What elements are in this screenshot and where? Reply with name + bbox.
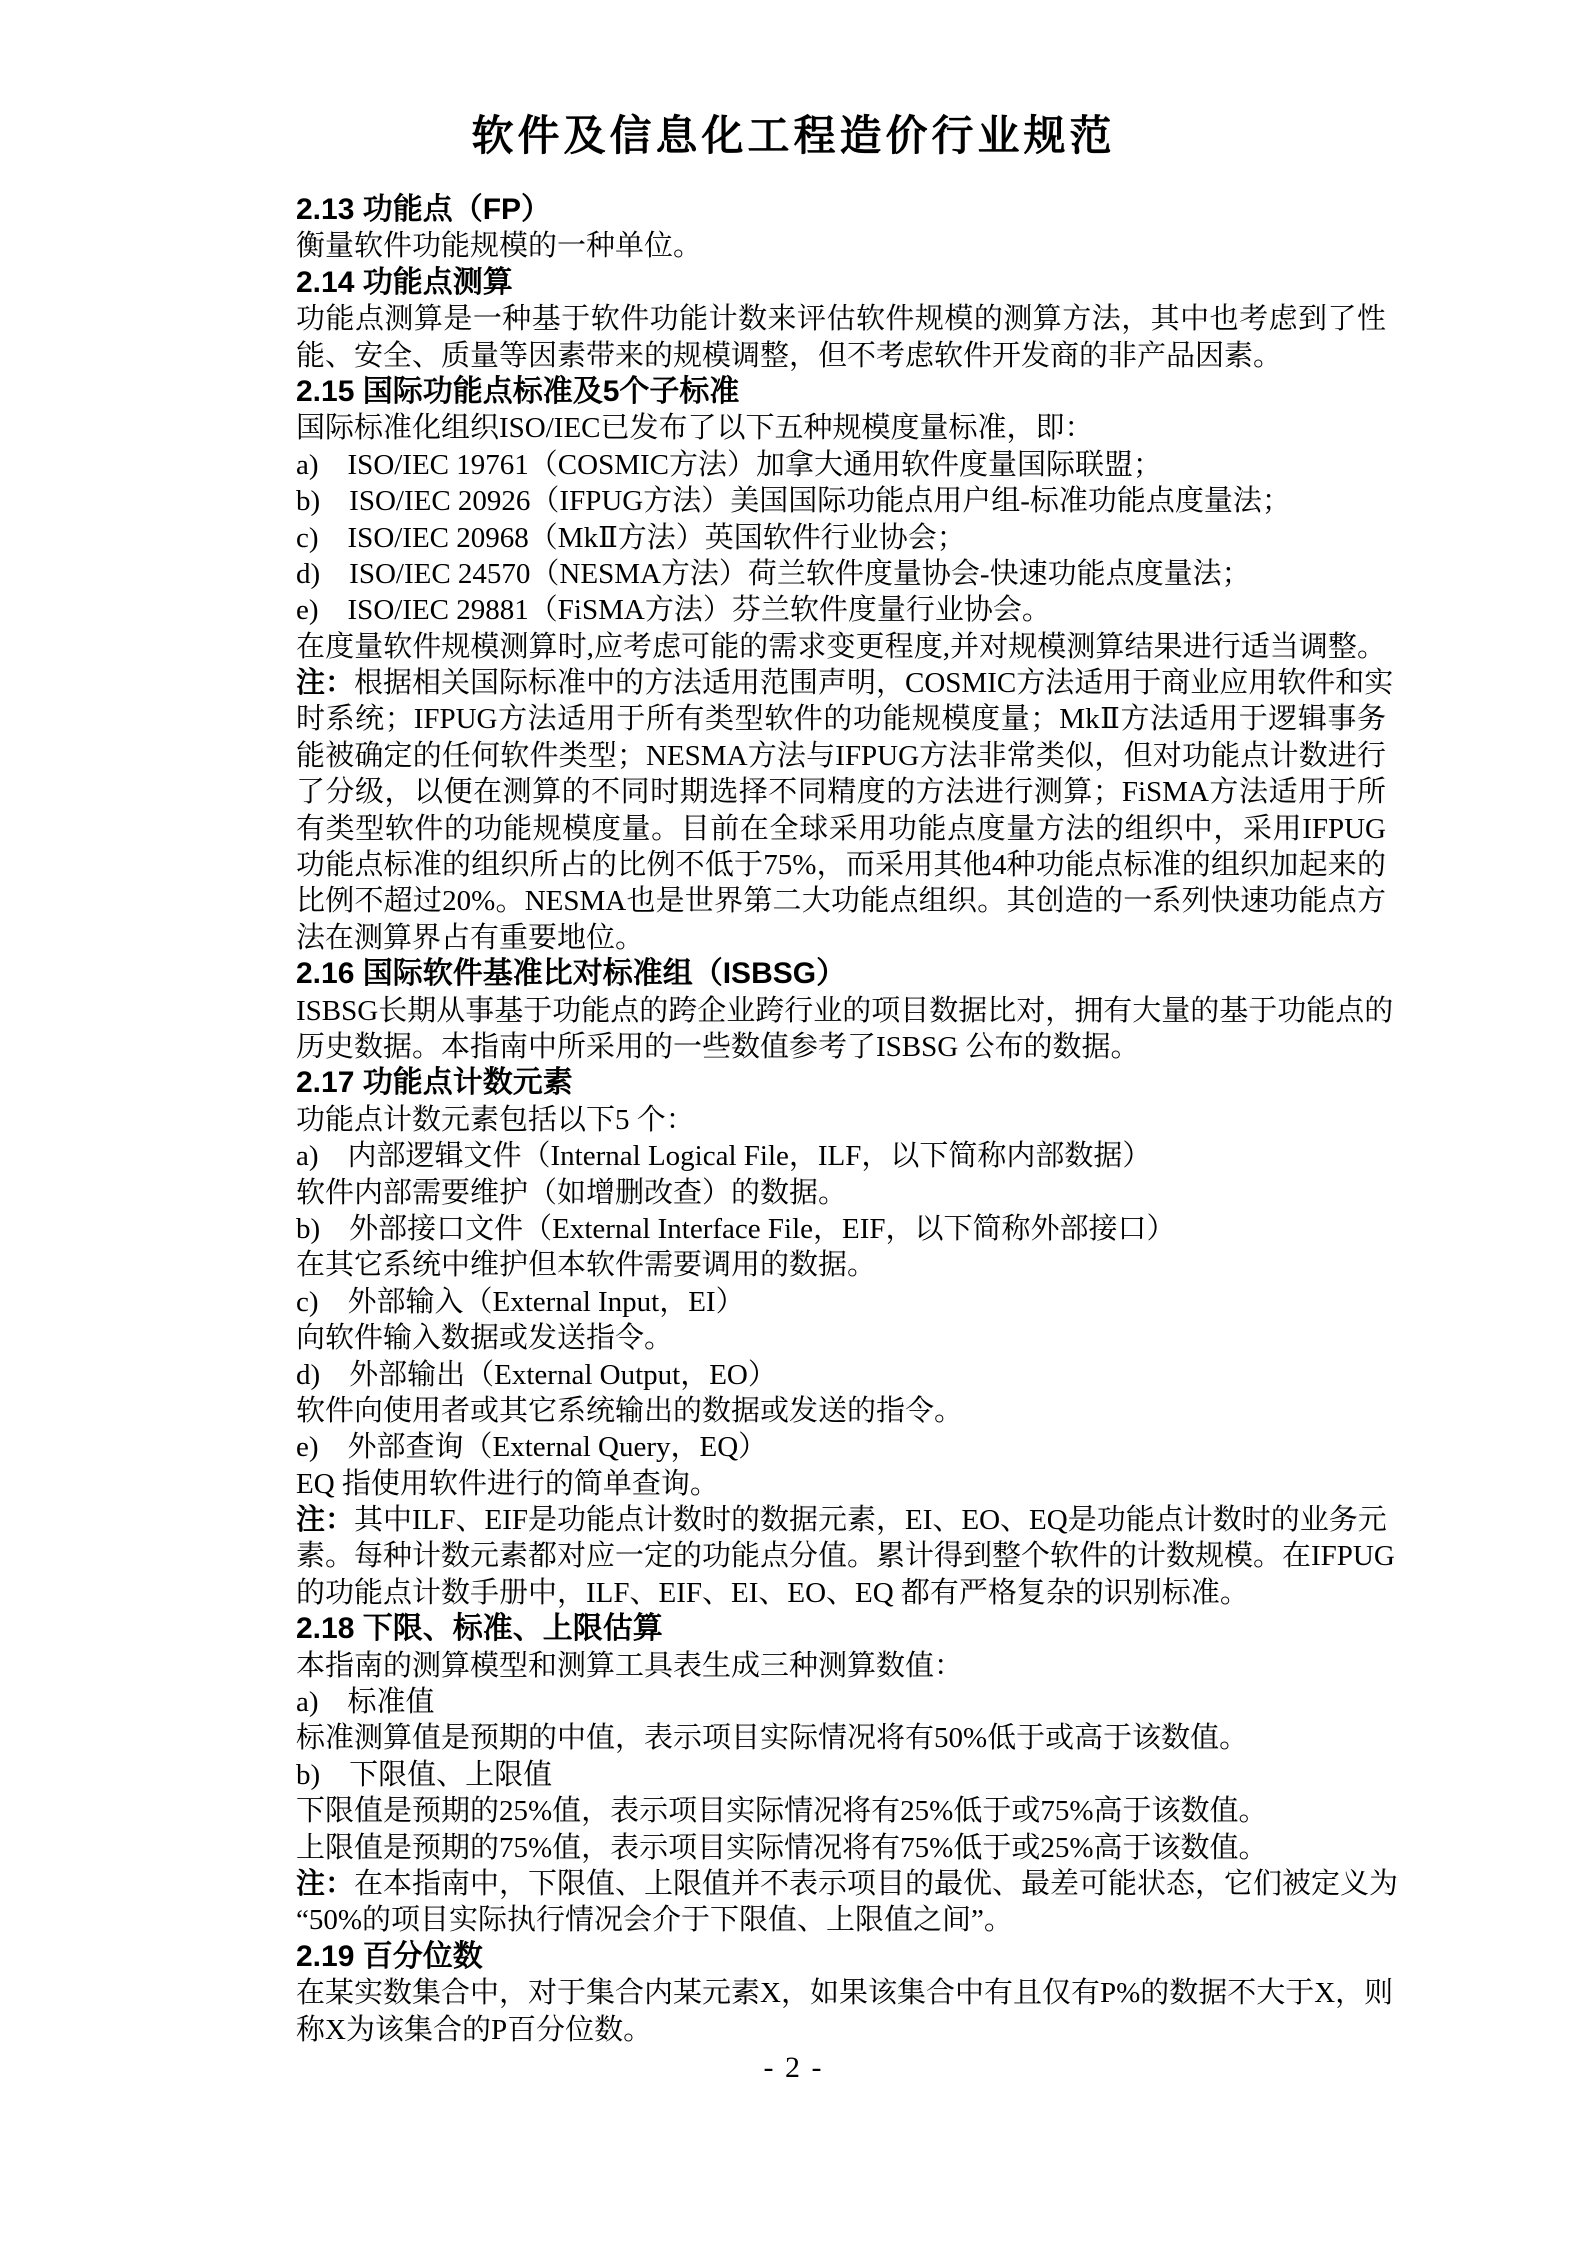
section-heading: 2.15 国际功能点标准及5个子标准: [296, 374, 1386, 410]
note-prefix: 注：: [296, 1504, 354, 1536]
section-heading: 2.18 下限、标准、上限估算: [296, 1611, 1386, 1647]
paragraph-line: 时系统；IFPUG方法适用于所有类型软件的功能规模度量；MkⅡ方法适用于逻辑事务: [296, 701, 1386, 737]
section-heading: 2.17 功能点计数元素: [296, 1065, 1386, 1101]
paragraph-line: d) ISO/IEC 24570（NESMA方法）荷兰软件度量协会-快速功能点度…: [296, 556, 1386, 592]
paragraph-line: e) 外部查询（External Query，EQ）: [296, 1429, 1386, 1465]
paragraph-line: 注：根据相关国际标准中的方法适用范围声明，COSMIC方法适用于商业应用软件和实: [296, 665, 1386, 701]
section-heading: 2.16 国际软件基准比对标准组（ISBSG）: [296, 956, 1386, 992]
paragraph-line: 法在测算界占有重要地位。: [296, 920, 1386, 956]
paragraph-line: a) ISO/IEC 19761（COSMIC方法）加拿大通用软件度量国际联盟；: [296, 447, 1386, 483]
paragraph-line: 注：在本指南中，下限值、上限值并不表示项目的最优、最差可能状态，它们被定义为: [296, 1866, 1386, 1902]
paragraph-line: 有类型软件的功能规模度量。目前在全球采用功能点度量方法的组织中，采用IFPUG: [296, 811, 1386, 847]
section-heading: 2.14 功能点测算: [296, 265, 1386, 301]
paragraph-line: b) 外部接口文件（External Interface File，EIF，以下…: [296, 1211, 1386, 1247]
paragraph-line: 向软件输入数据或发送指令。: [296, 1320, 1386, 1356]
paragraph-line: 上限值是预期的75%值，表示项目实际情况将有75%低于或25%高于该数值。: [296, 1830, 1386, 1866]
paragraph-line: 素。每种计数元素都对应一定的功能点分值。累计得到整个软件的计数规模。在IFPUG: [296, 1538, 1386, 1574]
paragraph-line: 了分级，以便在测算的不同时期选择不同精度的方法进行测算；FiSMA方法适用于所: [296, 774, 1386, 810]
document-page: 软件及信息化工程造价行业规范 2.13 功能点（FP）衡量软件功能规模的一种单位…: [0, 0, 1587, 2245]
document-body: 2.13 功能点（FP）衡量软件功能规模的一种单位。2.14 功能点测算功能点测…: [296, 192, 1386, 2048]
paragraph-line: EQ 指使用软件进行的简单查询。: [296, 1466, 1386, 1502]
paragraph-line: d) 外部输出（External Output，EO）: [296, 1357, 1386, 1393]
paragraph-line: 下限值是预期的25%值，表示项目实际情况将有25%低于或75%高于该数值。: [296, 1793, 1386, 1829]
paragraph-line: a) 标准值: [296, 1684, 1386, 1720]
paragraph-line: 国际标准化组织ISO/IEC已发布了以下五种规模度量标准，即：: [296, 410, 1386, 446]
paragraph-line: b) 下限值、上限值: [296, 1757, 1386, 1793]
paragraph-line: 功能点测算是一种基于软件功能计数来评估软件规模的测算方法，其中也考虑到了性: [296, 301, 1386, 337]
paragraph-line: b) ISO/IEC 20926（IFPUG方法）美国国际功能点用户组-标准功能…: [296, 483, 1386, 519]
paragraph-line: 能被确定的任何软件类型；NESMA方法与IFPUG方法非常类似，但对功能点计数进…: [296, 738, 1386, 774]
paragraph-line: 历史数据。本指南中所采用的一些数值参考了ISBSG 公布的数据。: [296, 1029, 1386, 1065]
paragraph-line: e) ISO/IEC 29881（FiSMA方法）芬兰软件度量行业协会。: [296, 592, 1386, 628]
note-prefix: 注：: [296, 1868, 354, 1900]
paragraph-line: 在度量软件规模测算时,应考虑可能的需求变更程度,并对规模测算结果进行适当调整。: [296, 629, 1386, 665]
paragraph-line: ISBSG长期从事基于功能点的跨企业跨行业的项目数据比对，拥有大量的基于功能点的: [296, 993, 1386, 1029]
paragraph-line: 称X为该集合的P百分位数。: [296, 2012, 1386, 2048]
paragraph-line: c) 外部输入（External Input，EI）: [296, 1284, 1386, 1320]
paragraph-line: 软件向使用者或其它系统输出的数据或发送的指令。: [296, 1393, 1386, 1429]
paragraph-line: 在其它系统中维护但本软件需要调用的数据。: [296, 1247, 1386, 1283]
page-title: 软件及信息化工程造价行业规范: [0, 112, 1587, 160]
paragraph-line: 功能点计数元素包括以下5 个：: [296, 1102, 1386, 1138]
paragraph-line: 衡量软件功能规模的一种单位。: [296, 228, 1386, 264]
paragraph-line: 注：其中ILF、EIF是功能点计数时的数据元素，EI、EO、EQ是功能点计数时的…: [296, 1502, 1386, 1538]
paragraph-line: 本指南的测算模型和测算工具表生成三种测算数值：: [296, 1648, 1386, 1684]
section-heading: 2.19 百分位数: [296, 1939, 1386, 1975]
paragraph-line: 比例不超过20%。NESMA也是世界第二大功能点组织。其创造的一系列快速功能点方: [296, 883, 1386, 919]
paragraph-line: 的功能点计数手册中，ILF、EIF、EI、EO、EQ 都有严格复杂的识别标准。: [296, 1575, 1386, 1611]
paragraph-line: 软件内部需要维护（如增删改查）的数据。: [296, 1175, 1386, 1211]
paragraph-line: c) ISO/IEC 20968（MkⅡ方法）英国软件行业协会；: [296, 520, 1386, 556]
paragraph-line: 能、安全、质量等因素带来的规模调整，但不考虑软件开发商的非产品因素。: [296, 338, 1386, 374]
section-heading: 2.13 功能点（FP）: [296, 192, 1386, 228]
paragraph-line: 标准测算值是预期的中值，表示项目实际情况将有50%低于或高于该数值。: [296, 1720, 1386, 1756]
paragraph-line: 在某实数集合中，对于集合内某元素X，如果该集合中有且仅有P%的数据不大于X，则: [296, 1975, 1386, 2011]
page-number: - 2 -: [0, 2050, 1587, 2086]
paragraph-line: a) 内部逻辑文件（Internal Logical File，ILF，以下简称…: [296, 1138, 1386, 1174]
paragraph-line: 功能点标准的组织所占的比例不低于75%，而采用其他4种功能点标准的组织加起来的: [296, 847, 1386, 883]
note-prefix: 注：: [296, 667, 354, 699]
paragraph-line: “50%的项目实际执行情况会介于下限值、上限值之间”。: [296, 1902, 1386, 1938]
